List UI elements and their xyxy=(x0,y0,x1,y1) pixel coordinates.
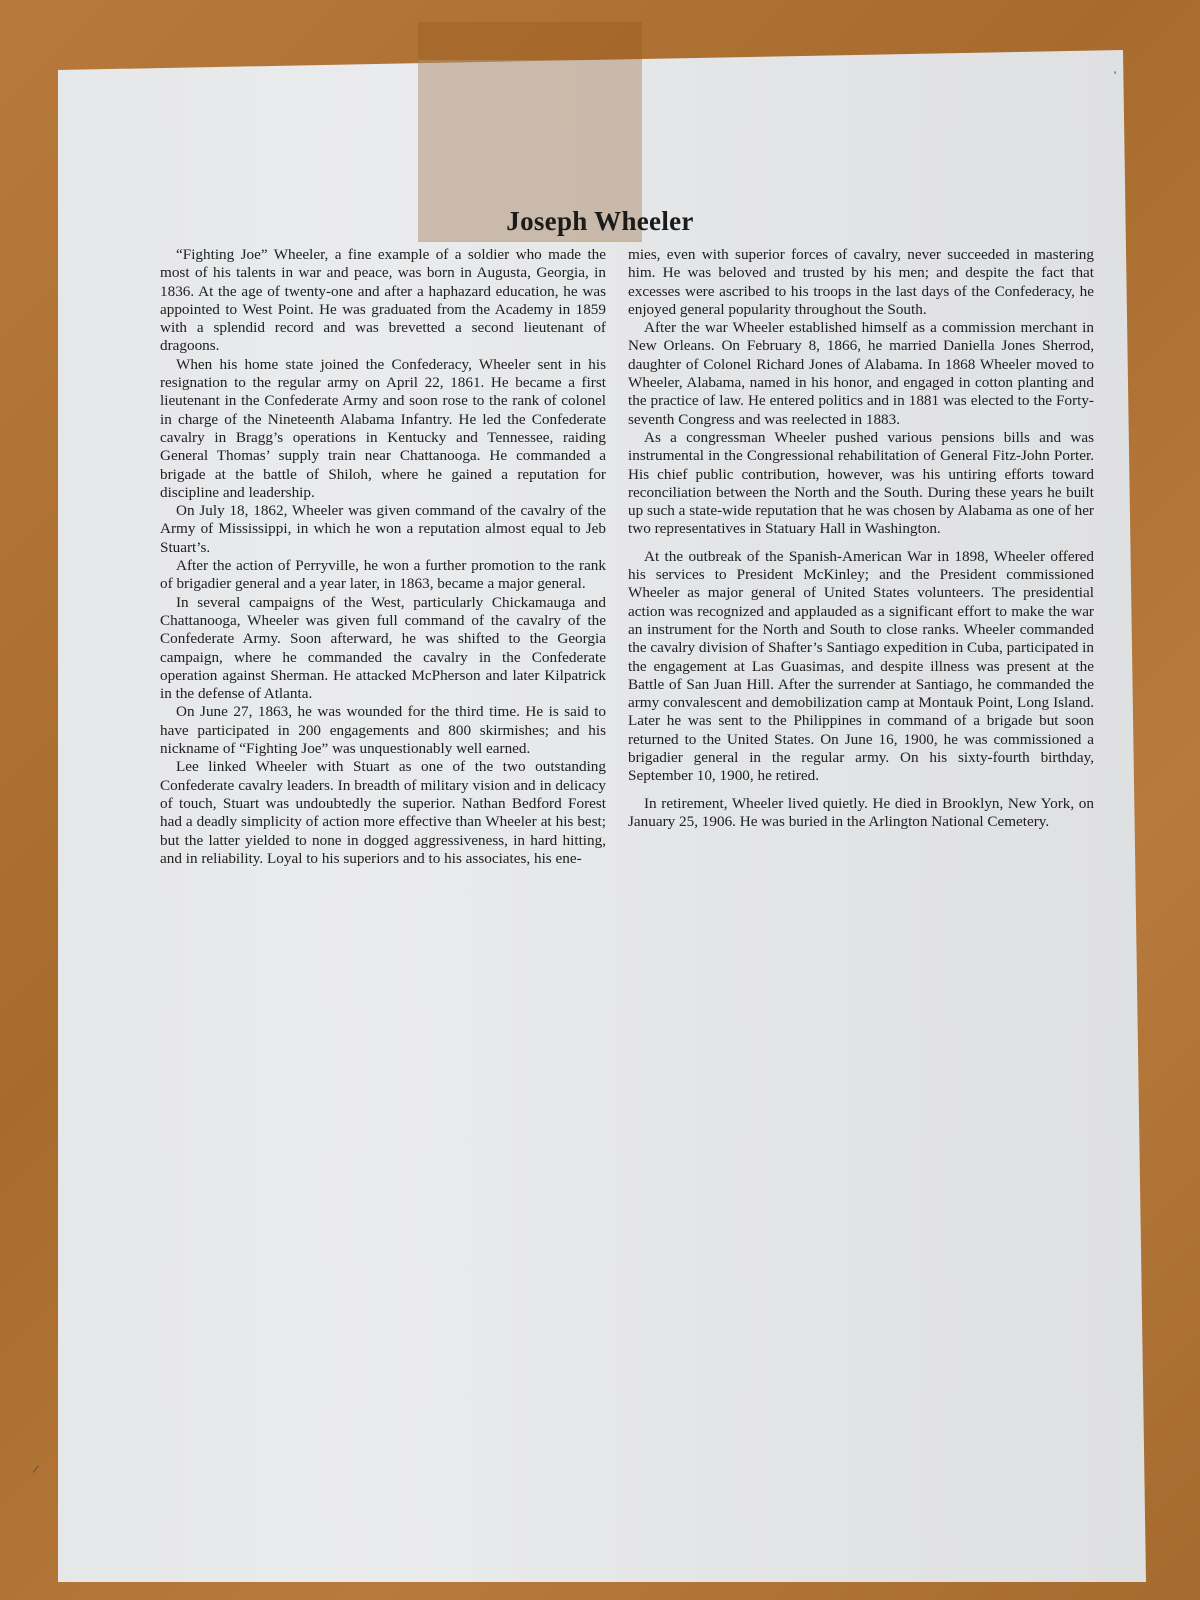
page-title: Joseph Wheeler xyxy=(0,206,1200,237)
paragraph: On July 18, 1862, Wheeler was given comm… xyxy=(160,502,606,557)
paragraph: Lee linked Wheeler with Stuart as one of… xyxy=(160,758,606,868)
right-column: mies, even with superior forces of caval… xyxy=(628,246,1094,831)
paragraph: After the action of Perryville, he won a… xyxy=(160,557,606,594)
paragraph: “Fighting Joe” Wheeler, a fine example o… xyxy=(160,246,606,356)
paper-speck: ' xyxy=(1114,68,1116,83)
paragraph: In retirement, Wheeler lived quietly. He… xyxy=(628,795,1094,832)
paragraph: When his home state joined the Confedera… xyxy=(160,356,606,502)
paragraph: mies, even with superior forces of caval… xyxy=(628,246,1094,319)
paragraph: On June 27, 1863, he was wounded for the… xyxy=(160,703,606,758)
paragraph: As a congressman Wheeler pushed various … xyxy=(628,429,1094,539)
left-column: “Fighting Joe” Wheeler, a fine example o… xyxy=(160,246,606,868)
paragraph: At the outbreak of the Spanish-American … xyxy=(628,548,1094,786)
paragraph: After the war Wheeler established himsel… xyxy=(628,319,1094,429)
paper-speck: / xyxy=(32,1462,40,1477)
paragraph: In several campaigns of the West, partic… xyxy=(160,594,606,704)
